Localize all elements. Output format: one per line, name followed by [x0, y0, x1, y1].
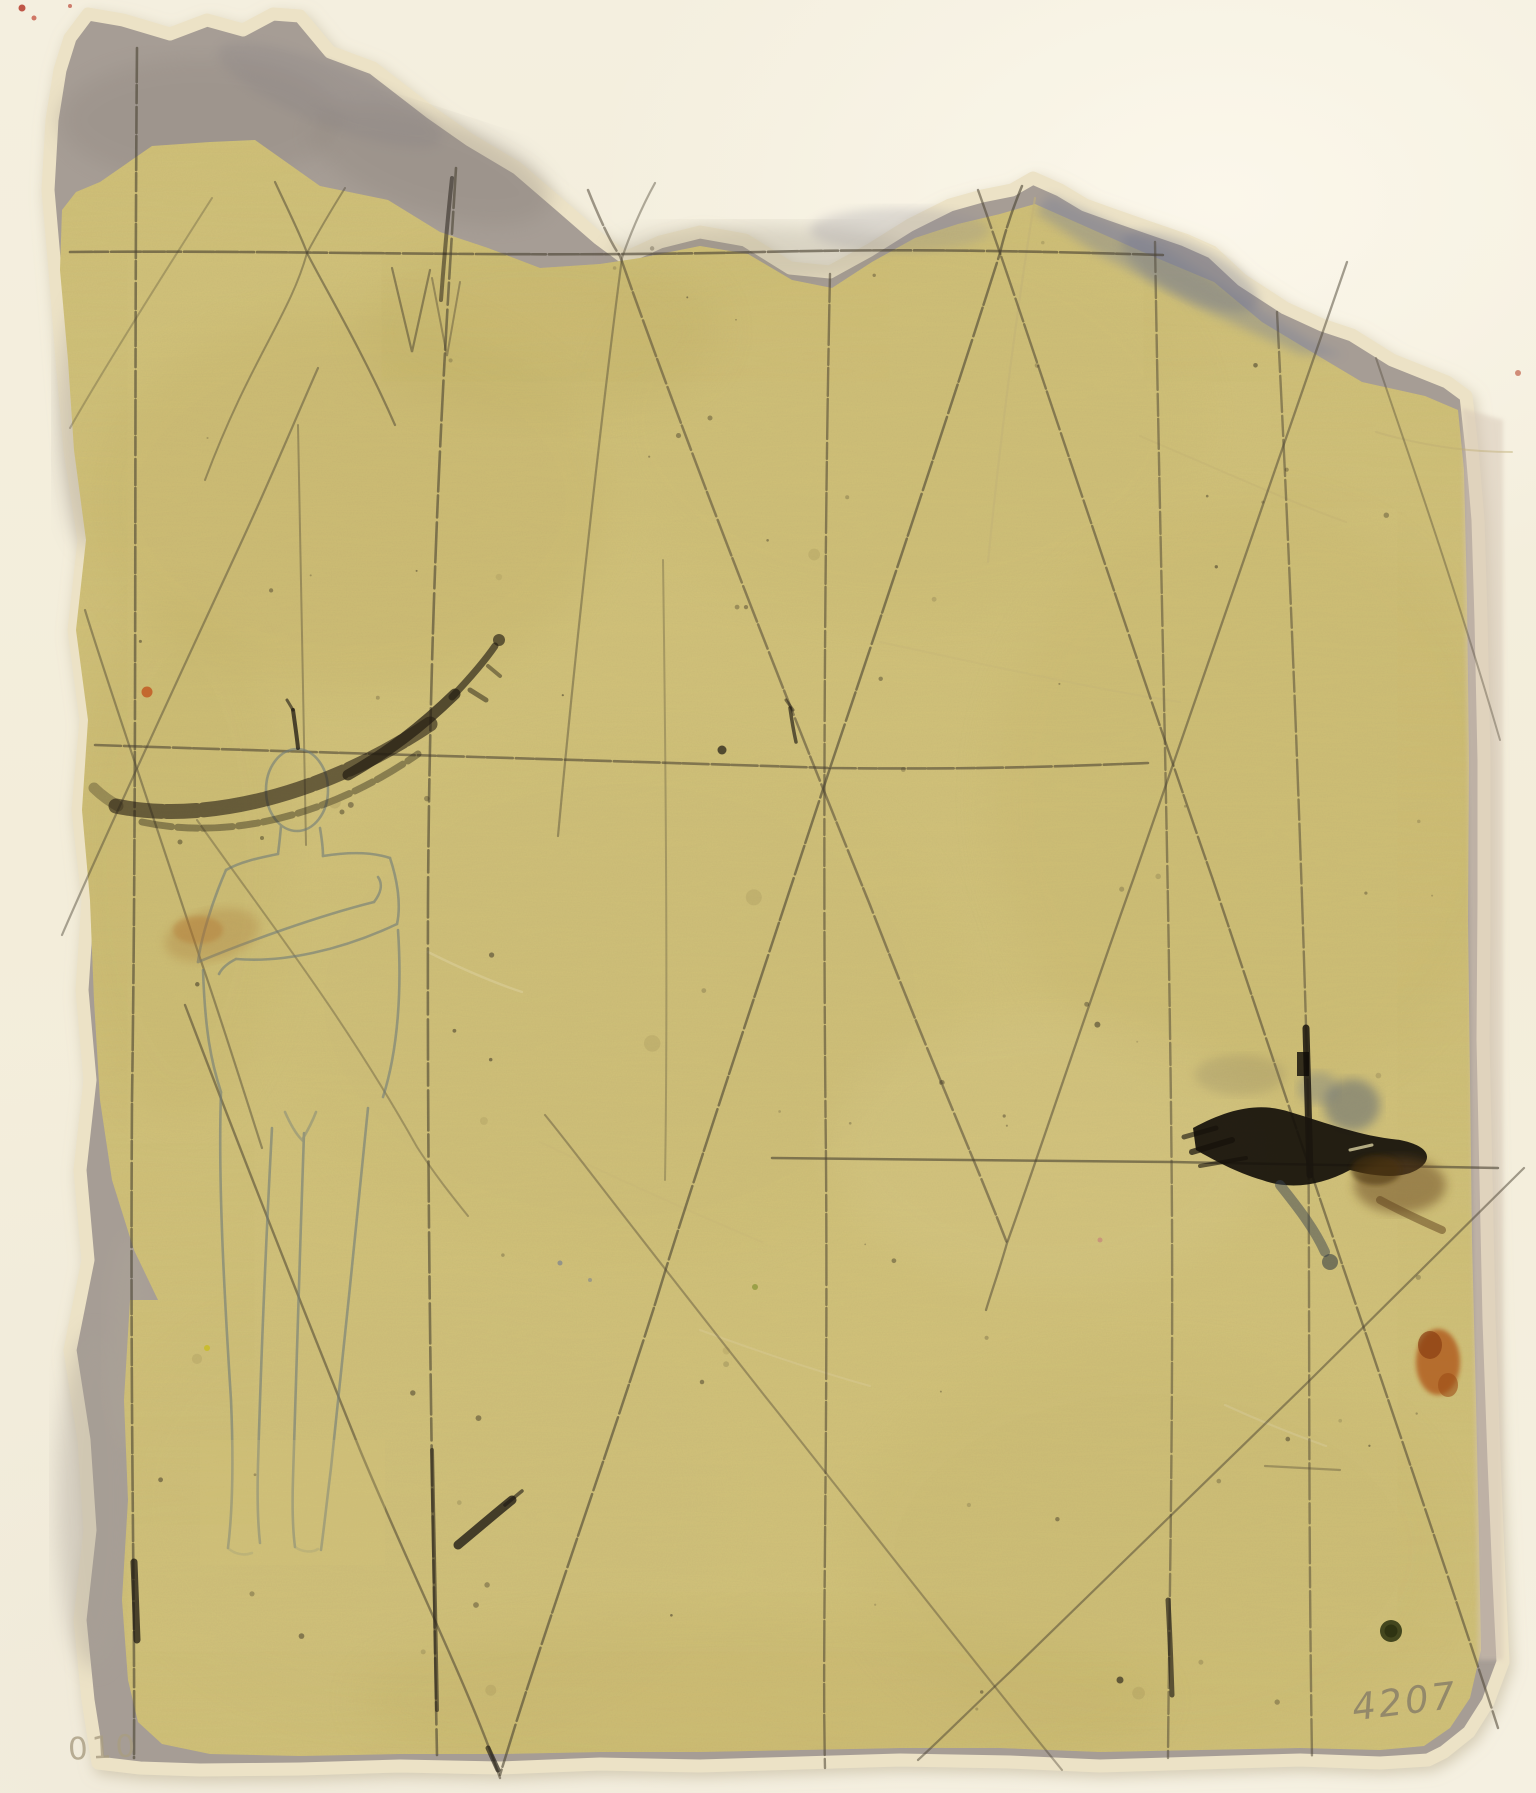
paper-speckle: [206, 437, 208, 439]
age-spot: [496, 574, 502, 580]
paper-speckle: [648, 456, 650, 458]
paper-speckle: [845, 495, 849, 499]
paper-speckle: [1368, 1445, 1370, 1447]
paper-speckle: [1338, 1419, 1342, 1423]
paper-speckle: [1217, 1479, 1222, 1484]
paper-speckle: [1084, 1002, 1089, 1007]
paper-speckle: [484, 1582, 489, 1587]
age-spot: [723, 1347, 731, 1355]
age-spot: [808, 549, 820, 561]
paper-speckle: [650, 246, 654, 250]
leg-fade: [200, 1440, 385, 1565]
paper-speckle: [735, 319, 737, 321]
paper-speckle: [310, 574, 312, 576]
paper-speckle: [1215, 565, 1218, 568]
paper-speckle: [701, 988, 706, 993]
paper-speckle: [1253, 363, 1258, 368]
paper-speckle: [1058, 683, 1060, 685]
paper-speckle: [139, 640, 142, 643]
paper-speckle: [1431, 895, 1433, 897]
paper-speckle: [299, 1633, 305, 1639]
paper-speckle: [874, 1604, 876, 1606]
paper-speckle: [864, 1243, 866, 1245]
paper-speckle: [254, 1473, 257, 1476]
paper-speckle: [1364, 892, 1367, 895]
paper-speckle: [489, 1058, 493, 1062]
dark-segment-left-vertical: [134, 1562, 137, 1640]
paper-speckle: [421, 1649, 426, 1654]
paper-speckle: [723, 1361, 729, 1367]
paper-speckle: [473, 1602, 479, 1608]
paper-speckle: [1198, 1660, 1203, 1665]
paper-speckle: [878, 677, 882, 681]
paper-speckle: [1285, 468, 1289, 472]
paper-speckle: [985, 1336, 989, 1340]
paper-speckle: [1055, 1517, 1059, 1521]
paper-speckle: [735, 605, 740, 610]
age-spot: [192, 1354, 202, 1364]
age-spot: [329, 796, 341, 808]
paper-speckle: [686, 296, 688, 298]
paper-speckle: [1035, 363, 1040, 368]
paper-speckle: [980, 1690, 983, 1693]
paper-speckle: [457, 1500, 462, 1505]
paper-speckle: [1184, 805, 1187, 808]
orange-dot: [142, 687, 153, 698]
paper-speckle: [940, 1391, 942, 1393]
age-spot: [1132, 1687, 1145, 1700]
paper-speckle: [670, 1614, 673, 1617]
paper-speckle: [476, 1415, 482, 1421]
paper-speckle: [939, 1080, 945, 1086]
paper-speckle: [249, 1591, 254, 1596]
paper-speckle: [613, 266, 617, 270]
paper-speckle: [1155, 874, 1161, 880]
paper-speckle: [873, 274, 876, 277]
age-spot: [485, 1685, 496, 1696]
paper-speckle: [708, 416, 713, 421]
paper-speckle: [1384, 512, 1389, 517]
paper-speckle: [376, 696, 380, 700]
paper-speckle: [744, 605, 748, 609]
age-spot: [480, 1117, 488, 1125]
age-spot: [746, 889, 762, 905]
paper-speckle: [195, 982, 200, 987]
ink-heavy-vertical: [1306, 1028, 1310, 1175]
paper-speckle: [676, 433, 681, 438]
paper-speckle: [1094, 1022, 1100, 1028]
paper-speckle: [1416, 1412, 1418, 1414]
paper-speckle: [410, 1390, 415, 1395]
paper-speckle: [849, 1122, 852, 1125]
paper-speckle: [1417, 820, 1421, 824]
paper-speckle: [501, 1253, 504, 1256]
paper-speckle: [967, 1503, 971, 1507]
drawing-canvas: [0, 0, 1536, 1793]
paper-speckle: [348, 802, 354, 808]
paper-speckle: [453, 1029, 457, 1033]
paper-speckle: [766, 539, 769, 542]
paper-speckle: [1206, 495, 1209, 498]
paper-speckle: [1006, 1125, 1008, 1127]
paper-speckle: [158, 1477, 163, 1482]
paper-speckle: [700, 1380, 704, 1384]
artwork-scan: 4207 010: [0, 0, 1536, 1793]
paper-speckle: [449, 358, 453, 362]
paper-speckle: [1003, 1114, 1006, 1117]
paper-speckle: [1261, 501, 1264, 504]
paper-speckle: [1376, 1073, 1382, 1079]
paper-speckle: [1285, 1437, 1290, 1442]
paper-speckle: [975, 1707, 978, 1710]
paper-speckle: [932, 597, 937, 602]
paper-speckle: [562, 694, 564, 696]
paper-speckle: [1275, 1699, 1280, 1704]
inscription-corner-number: 010: [67, 1728, 140, 1768]
paper-speckle: [269, 588, 273, 592]
paper-speckle: [901, 767, 906, 772]
paper-speckle: [416, 570, 418, 572]
paper-speckle: [424, 796, 429, 801]
paper-speckle: [1041, 241, 1045, 245]
paper-speckle: [1416, 1275, 1421, 1280]
paper-speckle: [1136, 1041, 1138, 1043]
paper-speckle: [778, 1110, 781, 1113]
paper-speckle: [892, 1258, 897, 1263]
age-spot: [644, 1035, 660, 1051]
paper-speckle: [1119, 887, 1124, 892]
paper-speckle: [489, 952, 494, 957]
